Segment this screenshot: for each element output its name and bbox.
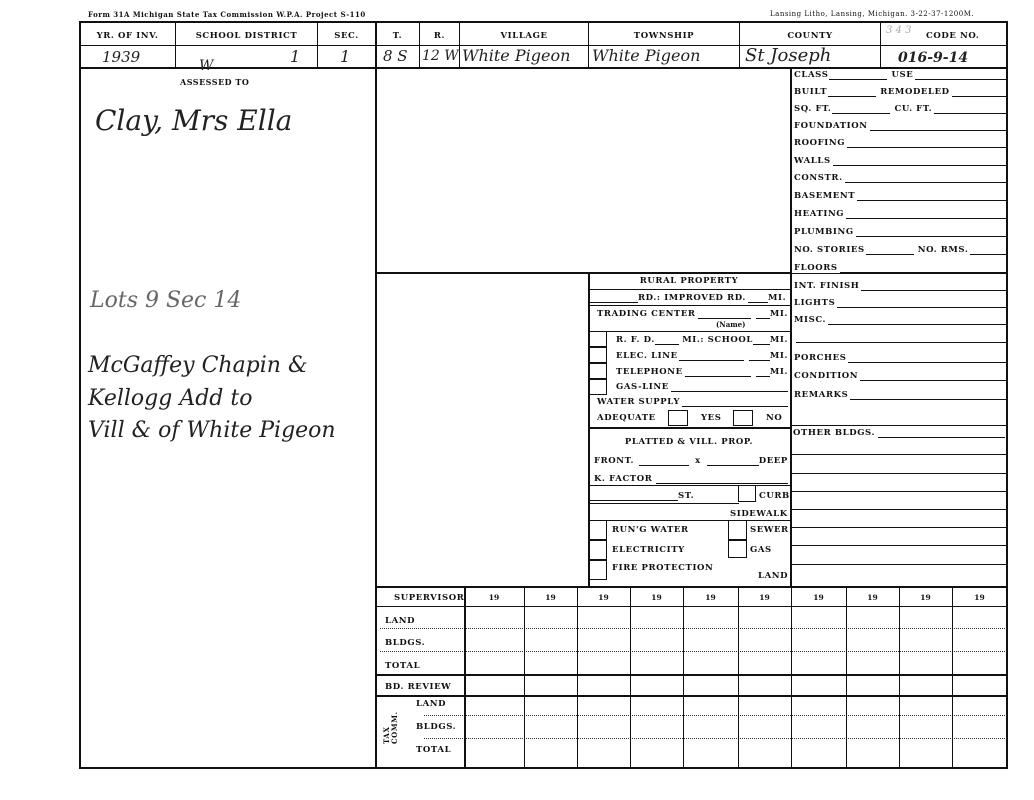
building-row-label: CONSTR.: [794, 173, 843, 183]
value-township[interactable]: White Pigeon: [592, 46, 700, 65]
label-village: VILLAGE: [460, 31, 588, 41]
divider: [791, 425, 1007, 426]
building-row-label: PLUMBING: [794, 227, 854, 237]
divider: [683, 587, 684, 768]
building-row-label: INT. FINISH: [794, 281, 859, 291]
label-r: R.: [420, 31, 459, 41]
label-mi: MI.: [770, 367, 788, 377]
label-telephone: TELEPHONE: [616, 367, 683, 377]
divider: [376, 674, 1007, 676]
divider: [589, 289, 790, 290]
divider: [317, 22, 318, 68]
building-row[interactable]: PLUMBING: [794, 227, 1006, 237]
fire-protection-checkbox[interactable]: [589, 560, 607, 580]
building-row-label: FLOORS: [794, 263, 838, 273]
year-column-header: 19: [899, 593, 952, 602]
label-t: T.: [376, 31, 419, 41]
building-row-label: CONDITION: [794, 371, 858, 381]
divider: [175, 22, 176, 68]
label-deep: DEEP: [759, 456, 788, 466]
building-row[interactable]: REMARKS: [794, 390, 1006, 400]
value-sec[interactable]: 1: [340, 47, 350, 66]
label-mi: MI.: [770, 351, 788, 361]
label-electricity: ELECTRICITY: [612, 545, 685, 555]
building-row-label: BASEMENT: [794, 191, 855, 201]
year-column-header: 19: [577, 593, 630, 602]
label-assessed-to: ASSESSED TO: [180, 77, 249, 87]
year-column-header: 19: [464, 593, 524, 602]
label-supervisor: SUPERVISOR: [394, 593, 464, 603]
building-row-label: MISC.: [794, 315, 826, 325]
divider: [589, 520, 790, 521]
label-x: x: [695, 456, 701, 466]
label-mi: MI.: [770, 309, 788, 319]
divider: [846, 587, 847, 768]
label-sec: SEC.: [318, 31, 375, 41]
divider: [380, 628, 1007, 629]
label-curb: CURB: [759, 491, 790, 501]
building-row-label: HEATING: [794, 209, 844, 219]
label-code-no: CODE NO.: [926, 31, 979, 41]
divider: [791, 545, 1007, 546]
k-factor-row[interactable]: K. FACTOR: [594, 474, 788, 484]
legal-description-line-1[interactable]: McGaffey Chapin &: [88, 353, 308, 378]
divider: [880, 22, 881, 68]
divider: [791, 564, 1007, 565]
building-row[interactable]: MISC.: [794, 315, 1006, 325]
building-row[interactable]: CLASSUSE: [794, 70, 1006, 80]
rung-water-checkbox[interactable]: [589, 520, 607, 540]
street-row[interactable]: ST.: [590, 491, 694, 501]
divider: [589, 331, 790, 332]
label-adequate: ADEQUATE: [597, 413, 656, 423]
label-yr-of-inv: YR. OF INV.: [80, 31, 175, 41]
building-row[interactable]: NO. STORIESNO. RMS.: [794, 245, 1006, 255]
building-row[interactable]: WALLS: [794, 156, 1006, 166]
trading-center-row[interactable]: TRADING CENTERMI.: [597, 309, 788, 319]
gas-line-checkbox[interactable]: [589, 379, 607, 395]
label-tc-total: TOTAL: [416, 745, 451, 755]
electricity-checkbox[interactable]: [589, 540, 607, 560]
water-supply-row[interactable]: WATER SUPPLY: [597, 397, 788, 407]
divider: [589, 305, 790, 306]
label-st: ST.: [678, 491, 694, 501]
divider: [424, 738, 1007, 739]
divider: [791, 473, 1007, 474]
platted-title: PLATTED & VILL. PROP.: [590, 437, 788, 447]
label-water-supply: WATER SUPPLY: [597, 397, 680, 407]
sewer-checkbox[interactable]: [728, 520, 747, 540]
building-row-label: FOUNDATION: [794, 121, 868, 131]
divider: [459, 22, 460, 68]
divider: [630, 587, 631, 768]
label-gas-line: GAS-LINE: [616, 382, 669, 392]
divider: [899, 587, 900, 768]
building-row-label: NO. RMS.: [918, 245, 969, 255]
divider: [419, 22, 420, 68]
label-rd: RD.: IMPROVED RD.: [638, 293, 746, 303]
label-mi: MI.: [770, 335, 788, 345]
value-r[interactable]: 12 W: [422, 48, 459, 64]
label-tax-comm: TAX COMM.: [383, 704, 399, 744]
gas-line-row[interactable]: GAS-LINE: [616, 382, 788, 392]
label-school: MI.: SCHOOL: [682, 335, 753, 345]
divider: [589, 427, 790, 429]
building-row-label: BUILT: [794, 87, 827, 97]
building-row-label: CU. FT.: [894, 104, 932, 114]
rd-row[interactable]: RD.: IMPROVED RD.MI.: [590, 293, 788, 303]
building-row[interactable]: CONSTR.: [794, 173, 1006, 183]
divider: [376, 272, 790, 274]
building-row-label: ROOFING: [794, 138, 845, 148]
label-k-factor: K. FACTOR: [594, 474, 652, 484]
building-row[interactable]: [794, 334, 1006, 343]
label-rung-water: RUN'G WATER: [612, 525, 689, 535]
assessed-mark: W: [199, 58, 213, 74]
year-column-header: 19: [791, 593, 846, 602]
year-column-header: 19: [524, 593, 577, 602]
divider: [577, 587, 578, 768]
label-school-district: SCHOOL DISTRICT: [176, 31, 317, 41]
year-column-header: 19: [952, 593, 1007, 602]
label-bd-review: BD. REVIEW: [385, 682, 451, 692]
divider: [588, 22, 589, 68]
divider: [380, 651, 1007, 652]
building-row[interactable]: CONDITION: [794, 371, 1006, 381]
elec-line-row[interactable]: ELEC. LINEMI.: [616, 351, 788, 361]
printer-imprint: Lansing Litho, Lansing, Michigan. 3-22-3…: [770, 10, 974, 18]
front-deep-row[interactable]: FRONT.xDEEP: [594, 456, 788, 466]
label-front: FRONT.: [594, 456, 634, 466]
rfd-checkbox[interactable]: [589, 331, 607, 347]
building-row[interactable]: SQ. FT.CU. FT.: [794, 104, 1006, 114]
divider: [791, 509, 1007, 510]
building-row-label: REMARKS: [794, 390, 848, 400]
label-rfd: R. F. D.: [616, 335, 655, 345]
year-column-header: 19: [683, 593, 738, 602]
divider: [739, 22, 740, 68]
owner-name[interactable]: Clay, Mrs Ella: [95, 104, 292, 137]
building-row-label: REMODELED: [880, 87, 949, 97]
divider: [376, 695, 1007, 697]
label-yes: YES: [701, 413, 722, 423]
telephone-checkbox[interactable]: [589, 363, 607, 379]
label-no: NO: [766, 413, 782, 423]
divider: [791, 273, 1007, 274]
divider: [589, 485, 790, 486]
label-gas: GAS: [750, 545, 772, 555]
label-sewer: SEWER: [750, 525, 789, 535]
adequate-no-checkbox[interactable]: [733, 410, 753, 426]
divider: [464, 587, 466, 768]
divider: [791, 454, 1007, 455]
building-row[interactable]: INT. FINISH: [794, 281, 1006, 291]
value-county[interactable]: St Joseph: [745, 45, 831, 66]
legal-description-line-3[interactable]: Vill & of White Pigeon: [88, 418, 336, 443]
other-bldgs-row[interactable]: OTHER BLDGS.: [793, 428, 1005, 438]
label-trading-center: TRADING CENTER: [597, 309, 696, 319]
building-row-label: SQ. FT.: [794, 104, 831, 114]
value-t[interactable]: 8 S: [383, 47, 408, 65]
telephone-row[interactable]: TELEPHONEMI.: [616, 367, 788, 377]
building-row-label: PORCHES: [794, 353, 846, 363]
year-column-header: 19: [738, 593, 791, 602]
divider: [738, 587, 739, 768]
rfd-row[interactable]: R. F. D.MI.: SCHOOLMI.: [616, 335, 788, 345]
divider: [791, 587, 792, 768]
label-sup-land: LAND: [385, 616, 415, 626]
building-row-label: LIGHTS: [794, 298, 835, 308]
label-county: COUNTY: [740, 31, 880, 41]
label-sup-bldgs: BLDGS.: [385, 638, 425, 648]
divider: [791, 527, 1007, 528]
name-hint: (Name): [716, 320, 745, 329]
year-column-header: 19: [846, 593, 899, 602]
year-column-header: 19: [630, 593, 683, 602]
label-tc-land: LAND: [416, 699, 446, 709]
legal-description-lot[interactable]: Lots 9 Sec 14: [90, 288, 241, 313]
label-tc-bldgs: BLDGS.: [416, 722, 456, 732]
building-row[interactable]: FOUNDATION: [794, 121, 1006, 131]
valuation-table: 19191919191919191919: [376, 587, 1007, 768]
legal-description-line-2[interactable]: Kellogg Add to: [88, 386, 252, 411]
building-row[interactable]: PORCHES: [794, 353, 1006, 363]
divider: [80, 67, 1007, 69]
building-row-label: CLASS: [794, 70, 828, 80]
value-village[interactable]: White Pigeon: [462, 46, 570, 65]
code-stamp: 3 4 3: [886, 25, 911, 36]
label-sup-total: TOTAL: [385, 661, 420, 671]
label-township: TOWNSHIP: [589, 31, 739, 41]
building-row[interactable]: FLOORS: [794, 263, 1006, 273]
value-school-district[interactable]: 1: [290, 47, 300, 66]
elec-line-checkbox[interactable]: [589, 347, 607, 363]
divider: [376, 606, 1007, 607]
label-fire-protection: FIRE PROTECTION: [612, 563, 713, 573]
divider: [791, 491, 1007, 492]
label-land: LAND: [758, 571, 788, 581]
adequate-yes-checkbox[interactable]: [668, 410, 688, 426]
rural-title: RURAL PROPERTY: [590, 276, 788, 286]
value-code-no[interactable]: 016-9-14: [898, 50, 968, 66]
building-row[interactable]: BUILTREMODELED: [794, 87, 1006, 97]
divider: [524, 587, 525, 768]
label-sidewalk: SIDEWALK: [730, 509, 788, 519]
building-row-label: NO. STORIES: [794, 245, 865, 255]
building-row[interactable]: LIGHTS: [794, 298, 1006, 308]
gas-checkbox[interactable]: [728, 540, 747, 558]
label-mi: MI.: [768, 293, 786, 303]
value-yr-of-inv[interactable]: 1939: [102, 48, 140, 66]
label-elec-line: ELEC. LINE: [616, 351, 678, 361]
building-row[interactable]: ROOFING: [794, 138, 1006, 148]
building-row-label: USE: [891, 70, 913, 80]
curb-checkbox[interactable]: [738, 485, 756, 502]
form-title: Form 31A Michigan State Tax Commission W…: [88, 10, 366, 19]
divider: [424, 715, 1007, 716]
divider: [589, 503, 739, 504]
building-row[interactable]: HEATING: [794, 209, 1006, 219]
building-row[interactable]: BASEMENT: [794, 191, 1006, 201]
divider: [952, 587, 953, 768]
label-other-bldgs: OTHER BLDGS.: [793, 428, 875, 438]
building-row-label: WALLS: [794, 156, 831, 166]
